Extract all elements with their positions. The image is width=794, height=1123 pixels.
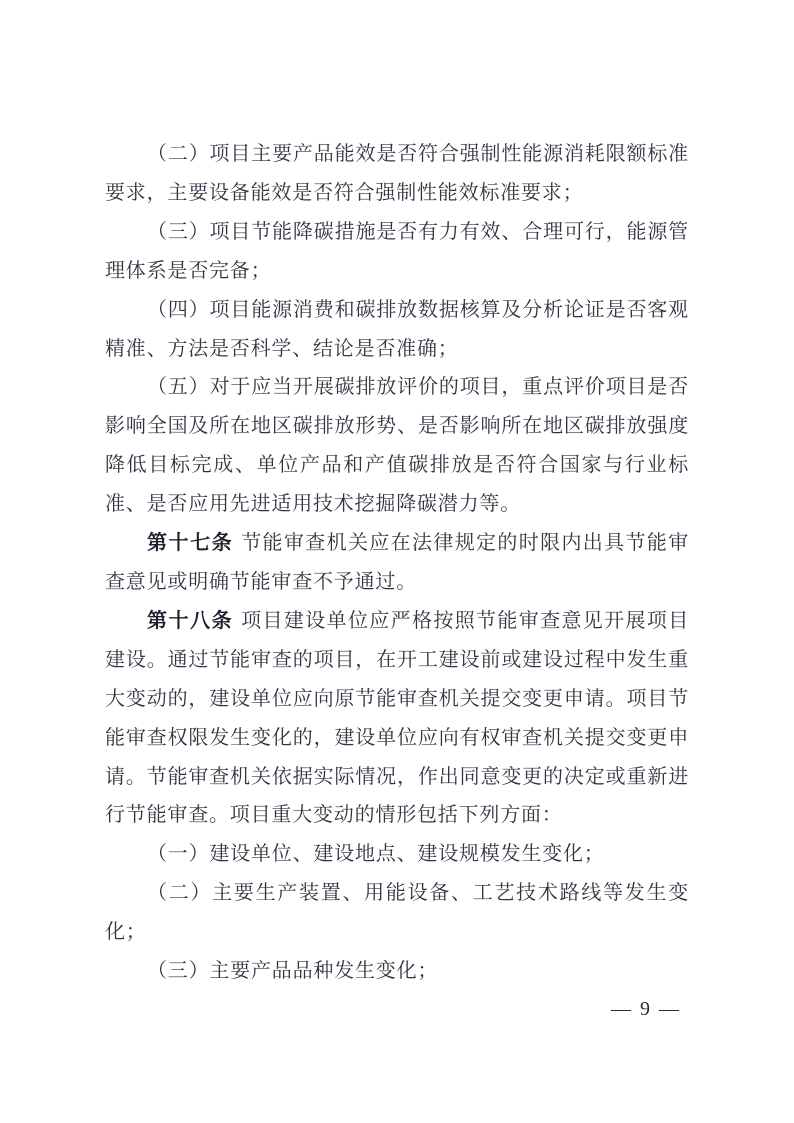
paragraph: （四）项目能源消费和碳排放数据核算及分析论证是否客观精准、方法是否科学、结论是否… bbox=[105, 291, 689, 369]
paragraph: （一）建设单位、建设地点、建设规模发生变化； bbox=[105, 835, 689, 874]
paragraph: （二）项目主要产品能效是否符合强制性能源消耗限额标准要求，主要设备能效是否符合强… bbox=[105, 135, 689, 213]
paragraph: （三）项目节能降碳措施是否有力有效、合理可行，能源管理体系是否完备； bbox=[105, 213, 689, 291]
document-page: （二）项目主要产品能效是否符合强制性能源消耗限额标准要求，主要设备能效是否符合强… bbox=[0, 0, 794, 1123]
document-body: （二）项目主要产品能效是否符合强制性能源消耗限额标准要求，主要设备能效是否符合强… bbox=[105, 135, 689, 991]
page-number: — 9 — bbox=[596, 998, 696, 1021]
paragraph: （三）主要产品品种发生变化； bbox=[105, 952, 689, 991]
paragraph: 第十七条节能审查机关应在法律规定的时限内出具节能审查意见或明确节能审查不予通过。 bbox=[105, 524, 689, 602]
paragraph: （五）对于应当开展碳排放评价的项目，重点评价项目是否影响全国及所在地区碳排放形势… bbox=[105, 368, 689, 524]
paragraph: 第十八条项目建设单位应严格按照节能审查意见开展项目建设。通过节能审查的项目，在开… bbox=[105, 602, 689, 835]
paragraph: （二）主要生产装置、用能设备、工艺技术路线等发生变化； bbox=[105, 874, 689, 952]
article-number: 第十八条 bbox=[147, 610, 233, 632]
article-number: 第十七条 bbox=[147, 532, 233, 554]
